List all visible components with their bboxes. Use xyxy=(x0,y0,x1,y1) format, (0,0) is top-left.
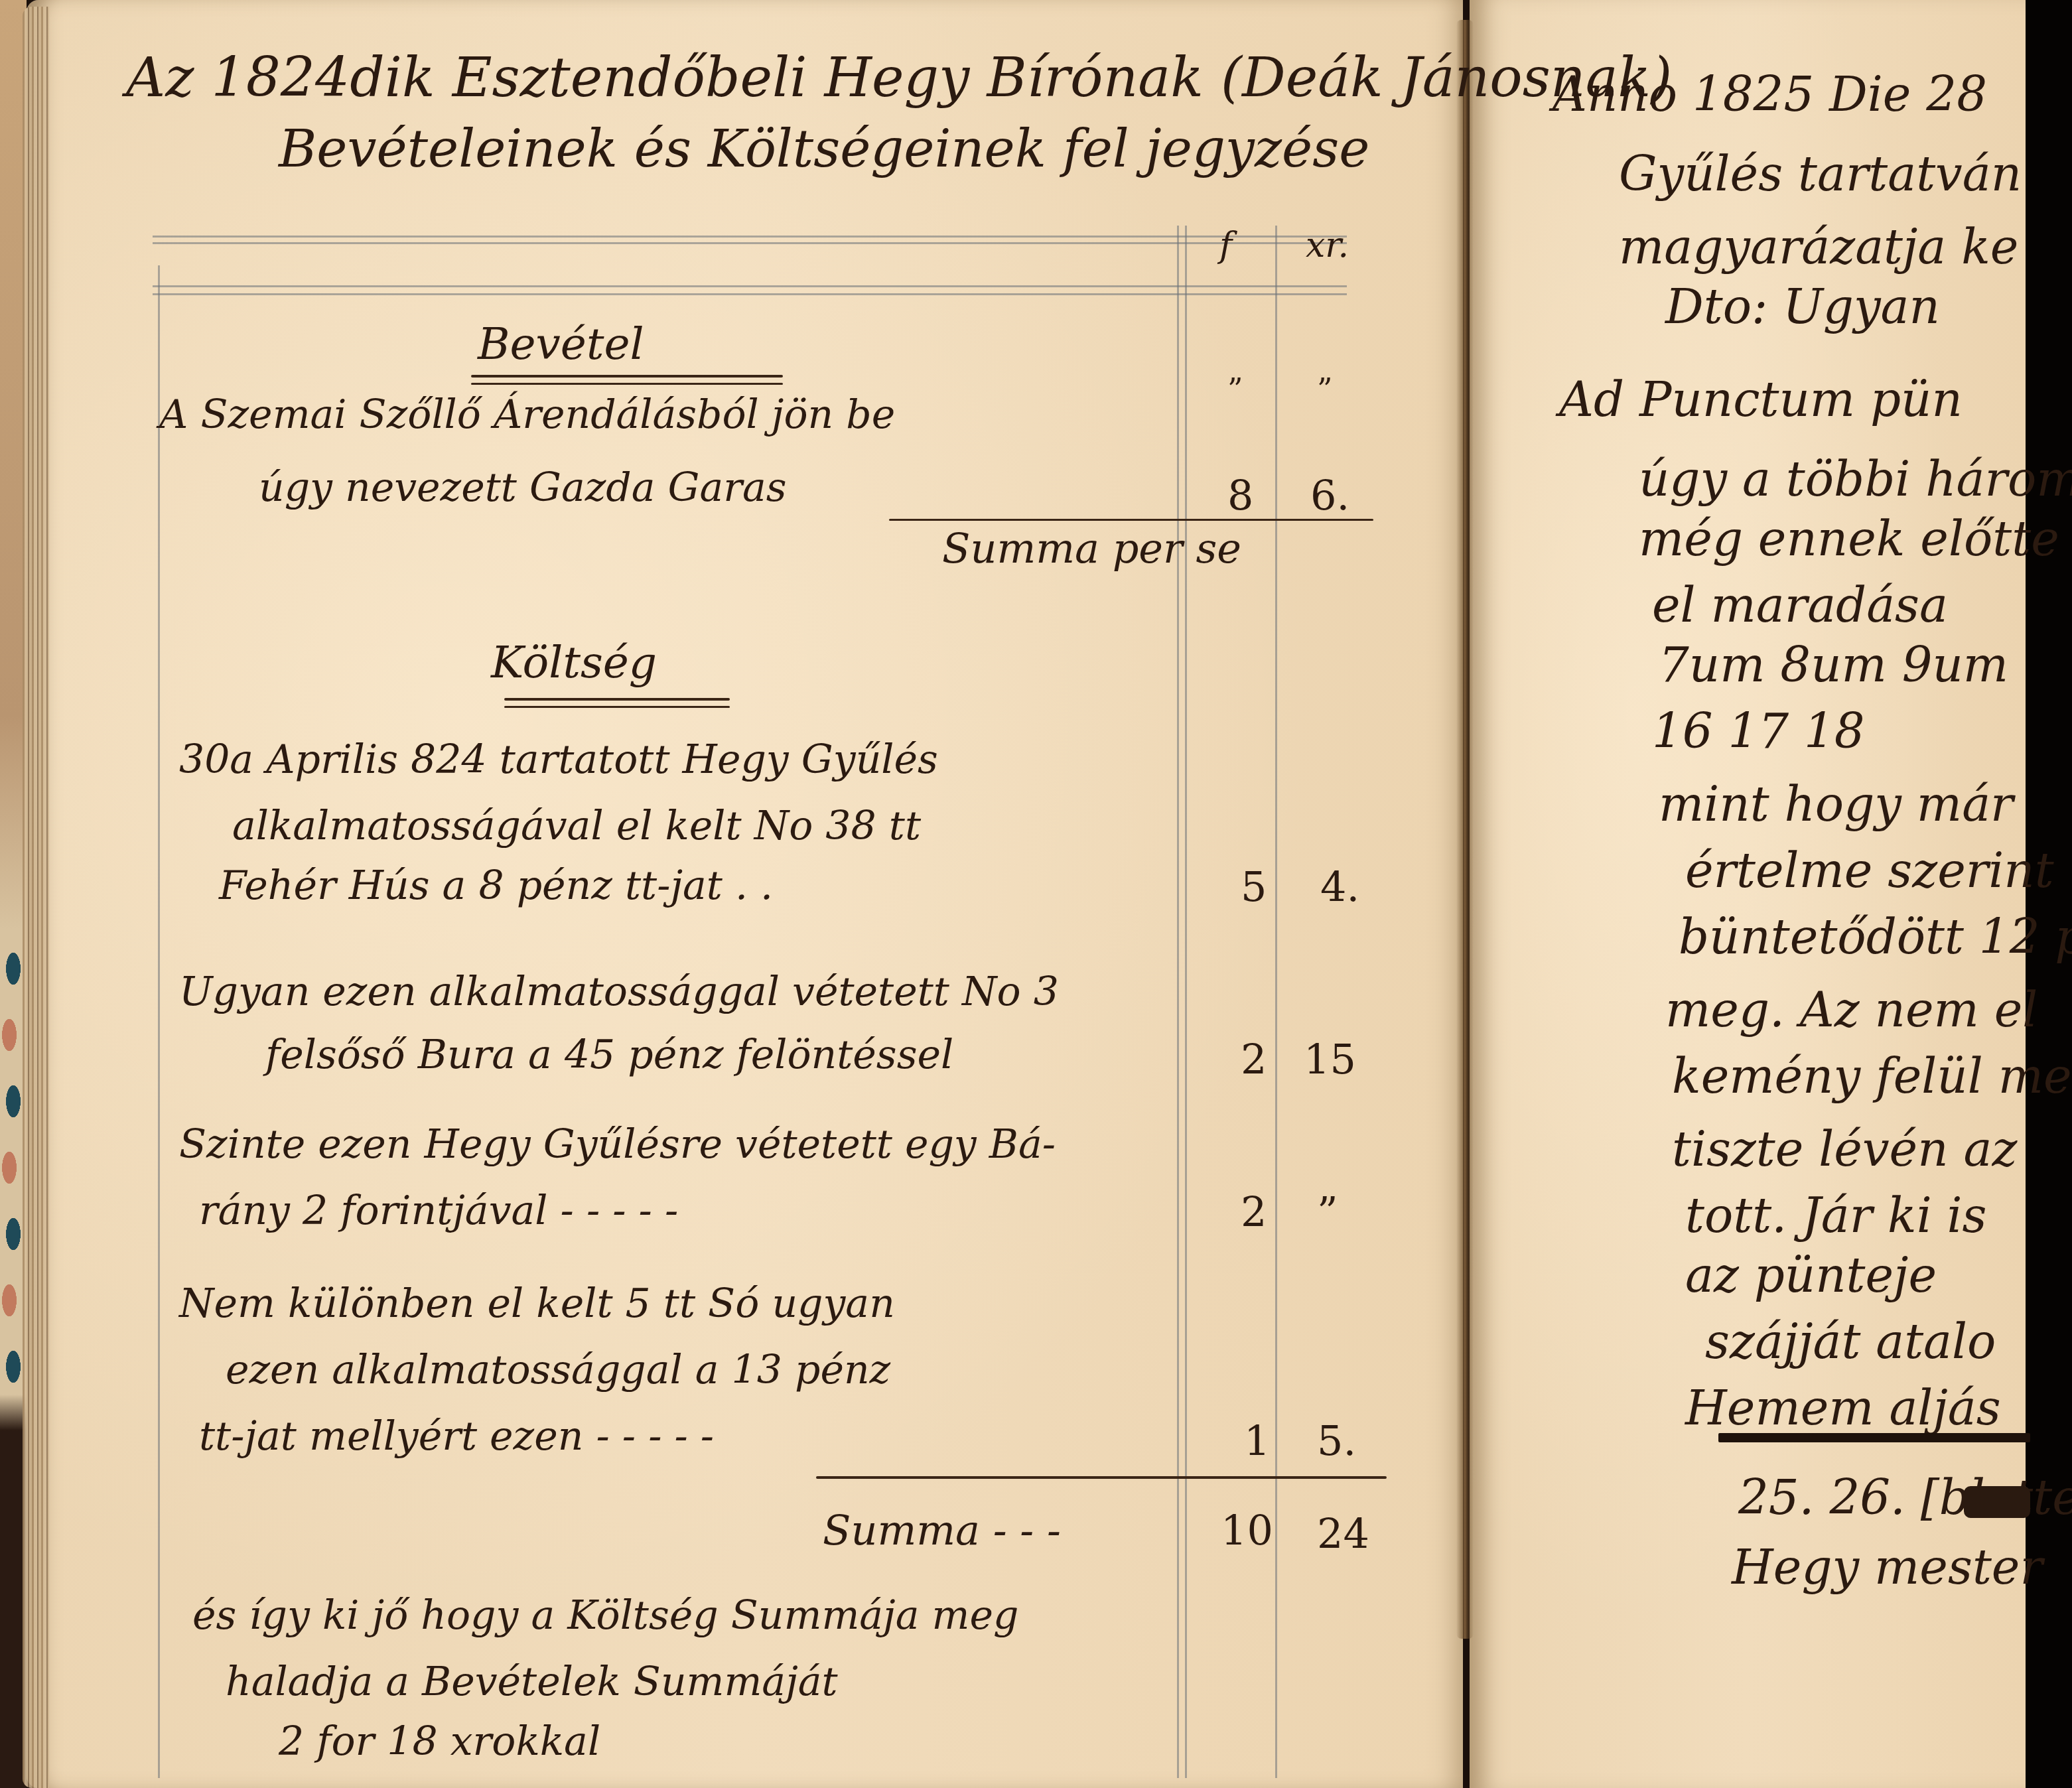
page-stack-edge xyxy=(23,7,49,1788)
income-total-label: Summa per se xyxy=(942,524,1241,573)
expense-entry-4-line-1: Nem különben el kelt 5 tt Só ugyan xyxy=(179,1280,895,1327)
right-page-line-1: Anno 1825 Die 28 xyxy=(1553,66,1987,122)
income-entry-1-line-1: A Szemai Szőllő Árendálásból jön be xyxy=(159,391,895,438)
expense-entry-4-line-3: tt-jat mellyért ezen - - - - - xyxy=(199,1413,714,1460)
expense-entry-4-line-2: ezen alkalmatossággal a 13 pénz xyxy=(226,1347,890,1393)
right-page-line-8: el maradása xyxy=(1652,577,1948,633)
expense-entry-3-krajcar: ” xyxy=(1317,1188,1338,1236)
right-page-line-23: Hegy mester xyxy=(1732,1539,2043,1595)
right-page-line-5: Ad Punctum pün xyxy=(1559,372,1963,427)
heading-underline-expenses-1 xyxy=(504,698,730,701)
pencil-rule-top-1 xyxy=(153,236,1347,238)
crossed-out-line xyxy=(1718,1433,2030,1442)
ledger-title-line-1: Az 1824dik Esztendőbeli Hegy Bírónak (De… xyxy=(126,46,1672,109)
right-page-line-11: mint hogy már xyxy=(1659,776,2013,832)
right-page-line-17: tott. Jár ki is xyxy=(1685,1188,1987,1243)
conclusion-line-3: 2 for 18 xrokkal xyxy=(279,1718,600,1765)
income-entry-1-line-2: úgy nevezett Gazda Garas xyxy=(259,464,787,511)
right-page-line-4: Dto: Ugyan xyxy=(1665,279,1940,334)
expense-entry-3-line-1: Szinte ezen Hegy Gyűlésre vétetett egy B… xyxy=(179,1121,1056,1168)
right-page-line-10: 16 17 18 xyxy=(1652,703,1865,759)
expense-total-label: Summa - - - xyxy=(823,1506,1061,1554)
ledger-title-line-2: Bevételeinek és Költségeinek fel jegyzés… xyxy=(279,119,1369,179)
right-page-line-7: még ennek előtte xyxy=(1639,511,2059,567)
income-entry-1-forint: 8 xyxy=(1227,471,1253,519)
right-page-line-12: értelme szerint xyxy=(1685,843,2054,898)
right-page-line-2: Gyűlés tartatván xyxy=(1619,146,2022,202)
expense-entry-4-forint: 1 xyxy=(1244,1416,1270,1465)
section-heading-expenses: Költség xyxy=(491,637,657,688)
expense-entry-1-line-3: Fehér Hús a 8 pénz tt-jat . . xyxy=(219,862,773,909)
ink-blot xyxy=(1964,1486,2030,1518)
conclusion-line-1: és így ki jő hogy a Költség Summája meg xyxy=(192,1592,1018,1639)
expense-sum-line xyxy=(816,1476,1387,1479)
pencil-rule-head-2 xyxy=(153,293,1347,295)
conclusion-line-2: haladja a Bevételek Summáját xyxy=(226,1659,838,1705)
column-header-forint: f xyxy=(1219,226,1232,265)
right-page-line-14: meg. Az nem el xyxy=(1665,982,2037,1038)
income-sum-line xyxy=(889,519,1373,521)
right-page-line-16: tiszte lévén az xyxy=(1672,1121,2017,1177)
expense-entry-1-line-1: 30a Aprilis 824 tartatott Hegy Gyűlés xyxy=(179,736,938,783)
expense-entry-2-krajcar: 15 xyxy=(1304,1035,1356,1083)
expense-entry-1-forint: 5 xyxy=(1241,862,1267,911)
heading-underline-income-2 xyxy=(471,383,783,385)
expense-entry-1-line-2: alkalmatosságával el kelt No 38 tt xyxy=(232,803,921,849)
income-entry-1-krajcar: 6. xyxy=(1310,471,1349,519)
pencil-rule-col-a xyxy=(1177,226,1179,1778)
expense-entry-2-line-1: Ugyan ezen alkalmatossággal vétetett No … xyxy=(179,969,1059,1015)
heading-underline-expenses-2 xyxy=(504,706,730,708)
right-page-line-13: büntetődött 12 p xyxy=(1679,909,2072,965)
expense-entry-2-forint: 2 xyxy=(1241,1035,1267,1083)
pencil-rule-col-c xyxy=(1275,226,1277,1778)
pencil-rule-margin xyxy=(158,265,160,1778)
right-page-line-19: szájját atalo xyxy=(1705,1314,1996,1369)
ditto-mark: ” xyxy=(1317,372,1333,407)
right-page-line-18: az pünteje xyxy=(1685,1247,1937,1303)
pencil-rule-col-b xyxy=(1185,226,1187,1778)
expense-entry-2-line-2: felsőső Bura a 45 pénz felöntéssel xyxy=(265,1032,953,1078)
expense-total-krajcar: 24 xyxy=(1317,1509,1369,1558)
expense-entry-3-forint: 2 xyxy=(1241,1188,1267,1236)
book-gutter xyxy=(1456,20,1474,1639)
right-page-line-20: Hemem aljás xyxy=(1685,1380,2001,1436)
column-header-krajcar: xr. xyxy=(1306,226,1349,265)
ditto-mark: ” xyxy=(1227,372,1243,407)
expense-total-forint: 10 xyxy=(1221,1506,1273,1554)
right-page-line-9: 7um 8um 9um xyxy=(1659,637,2008,693)
expense-entry-4-krajcar: 5. xyxy=(1317,1416,1356,1465)
pencil-rule-head-1 xyxy=(153,285,1347,287)
heading-underline-income-1 xyxy=(471,375,783,378)
right-page-line-6: úgy a többi három xyxy=(1639,451,2072,507)
expense-entry-3-line-2: rány 2 forintjával - - - - - xyxy=(199,1188,678,1234)
pencil-rule-top-2 xyxy=(153,242,1347,244)
expense-entry-1-krajcar: 4. xyxy=(1320,862,1359,911)
right-page-line-15: kemény felül meg xyxy=(1672,1048,2072,1104)
right-page-line-3: magyarázatja ke xyxy=(1619,219,2018,275)
section-heading-income: Bevétel xyxy=(478,318,644,370)
